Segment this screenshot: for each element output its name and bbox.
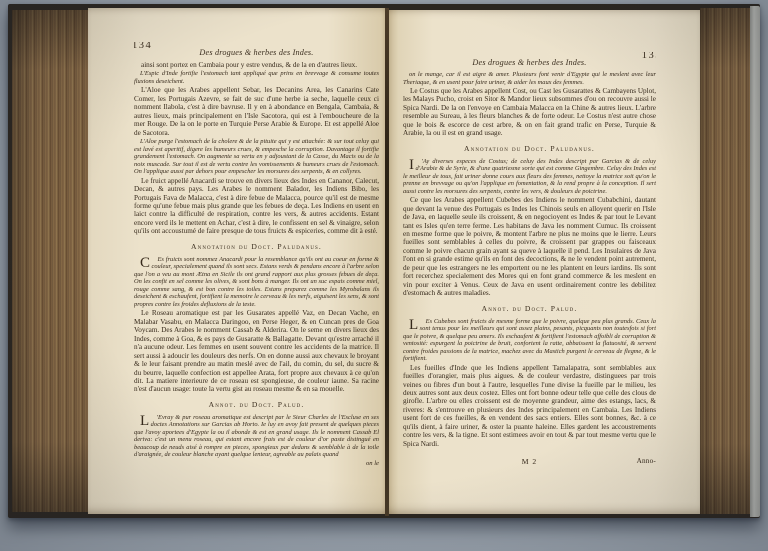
page-135-content: Des drogues & herbes des Indes. 135 on l… xyxy=(403,52,656,509)
text-paragraph: Anacardi.Le fruict appellé Anacardi se t… xyxy=(134,177,379,236)
drop-cap: L xyxy=(134,414,151,428)
text-paragraph: L'Aloe.L'Aloe que les Arabes appellent S… xyxy=(134,86,379,137)
running-title: Des drogues & herbes des Indes. xyxy=(199,48,313,57)
text-paragraph: Sa vertu.L'Espic d'Inde fortifie l'estom… xyxy=(134,70,379,85)
text-paragraph: Costus.Le Costus que les Arabes appellen… xyxy=(403,87,656,138)
catchword: on le xyxy=(366,460,379,467)
text-paragraph: Cubebes en quel lieu croissent.Ce que le… xyxy=(403,196,656,297)
catchword-line: on le xyxy=(134,460,379,467)
text-paragraph: ainsi sont portez en Cambaia pour y estr… xyxy=(134,61,379,69)
text-paragraph: Leurs proprietez & operationsLEs Cubebes… xyxy=(403,318,656,363)
book-gutter xyxy=(385,8,389,516)
right-fore-edge xyxy=(700,8,750,514)
text-paragraph: Descriptiõ du roseau aromatique.L'Evray … xyxy=(134,414,379,459)
page-number: 135 xyxy=(642,52,656,61)
text-paragraph: Roseau aromatique & ses divers noms.Sa v… xyxy=(134,309,379,394)
page-135: Des drogues & herbes des Indes. 135 on l… xyxy=(389,10,700,514)
annotation-heading: Annot. du Doct. Palud. xyxy=(403,304,656,313)
page-134-blocks: ainsi sont portez en Cambaia pour y estr… xyxy=(134,61,379,459)
page-134-content: 134 Des drogues & herbes des Indes. ains… xyxy=(134,42,379,509)
catchword: Anno- xyxy=(637,457,656,465)
annotation-heading: Annot. du Doct. Palud. xyxy=(134,400,379,409)
page-number: 134 xyxy=(134,42,152,51)
book-cover-edge xyxy=(750,6,760,517)
text-paragraph: Leur usage.Les fueilles d'Inde que les I… xyxy=(403,364,656,449)
signature-line: M 2 Anno- xyxy=(403,457,656,466)
running-title: Des drogues & herbes des Indes. xyxy=(472,58,586,67)
annotation-heading: Annotation du Doct. Paludanus. xyxy=(403,144,656,153)
photo-background: 134 Des drogues & herbes des Indes. ains… xyxy=(0,0,768,551)
annotation-heading: Annotation du Doct. Paludanus. xyxy=(134,242,379,251)
page-135-blocks: on le mange, car il est aigre & amer. Pl… xyxy=(403,71,656,448)
page-134-header: 134 Des drogues & herbes des Indes. xyxy=(134,42,379,54)
drop-cap: C xyxy=(134,256,152,270)
text-paragraph: Origine du nom.Leur usage.CEs fruicts so… xyxy=(134,256,379,309)
open-book: 134 Des drogues & herbes des Indes. ains… xyxy=(8,4,760,518)
page-134: 134 Des drogues & herbes des Indes. ains… xyxy=(88,8,387,514)
page-135-header: Des drogues & herbes des Indes. 135 xyxy=(403,52,656,64)
text-paragraph: Ses especes.I'Ay diverses especes de Cos… xyxy=(403,158,656,196)
text-paragraph: Son operation,L'Aloe purge l'estomach de… xyxy=(134,138,379,176)
drop-cap: I xyxy=(403,158,416,172)
signature-mark: M 2 xyxy=(522,457,537,466)
text-paragraph: on le mange, car il est aigre & amer. Pl… xyxy=(403,71,656,86)
left-fore-edge xyxy=(12,10,88,512)
drop-cap: L xyxy=(403,318,420,332)
